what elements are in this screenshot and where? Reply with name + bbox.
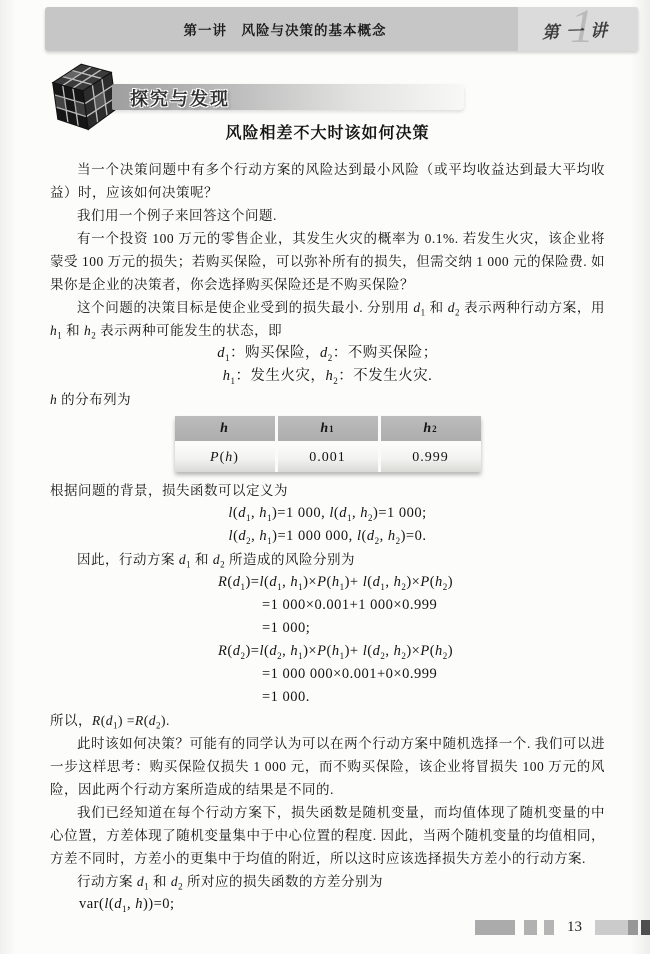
formula-line: R(d2)=l(d2, h1)×P(h1)+ l(d2, h2)×P(h2): [218, 640, 605, 663]
loss-function-intro: 根据问题的背景，损失函数可以定义为: [50, 479, 605, 502]
table-cell: 0.999: [378, 443, 481, 472]
chapter-tab-label: 第一讲: [518, 7, 638, 51]
paragraph: 此时该如何决策？可能有的同学认为可以在两个行动方案中随机选择一个. 我们可以进一…: [50, 732, 605, 801]
risk-formula-block: R(d1)=l(d1, h1)×P(h1)+ l(d1, h2)×P(h2) =…: [218, 571, 605, 709]
formula-line: =1 000×0.001+1 000×0.999: [218, 594, 605, 617]
table-header-row: h h1 h2: [175, 416, 481, 443]
formula-line: =1 000 000×0.001+0×0.999: [218, 663, 605, 686]
table-row: P(h) 0.001 0.999: [175, 443, 481, 472]
page-footer: 13: [475, 919, 650, 935]
variance-formula: var(l(d1, h))=0;: [50, 893, 605, 916]
risk-intro: 因此，行动方案 d1 和 d2 所造成的风险分别为: [50, 548, 605, 571]
paragraph: 我们用一个例子来回答这个问题.: [50, 204, 605, 227]
distribution-table: h h1 h2 P(h) 0.001 0.999: [175, 416, 481, 472]
table-header-cell: h1: [275, 416, 378, 441]
definition-line-h: h1：发生火灾，h2：不发生火灾.: [50, 365, 605, 388]
footer-decoration-square: [524, 920, 537, 935]
paragraph: 行动方案 d1 和 d2 所对应的损失函数的方差分别为: [50, 870, 605, 893]
table-header-cell: h2: [378, 416, 481, 441]
article-body: 风险相差不大时该如何决策 当一个决策问题中有多个行动方案的风险达到最小风险（或平…: [50, 118, 605, 916]
footer-decoration-square: [641, 920, 650, 935]
paragraph: 当一个决策问题中有多个行动方案的风险达到最小风险（或平均收益达到最大平均收益）时…: [50, 158, 605, 204]
chapter-title: 第一讲 风险与决策的基本概念: [45, 7, 525, 51]
footer-decoration-square: [628, 920, 638, 935]
page-header: 第一讲 风险与决策的基本概念 1 第一讲: [45, 7, 638, 51]
page-number: 13: [567, 920, 582, 935]
loss-formula-2: l(d2, h1)=1 000 000, l(d2, h2)=0.: [50, 525, 605, 548]
table-header-cell: h: [175, 416, 275, 441]
article-title: 风险相差不大时该如何决策: [50, 122, 605, 146]
chapter-tab: 1 第一讲: [518, 7, 638, 51]
paragraph: 我们已经知道在每个行动方案下，损失函数是随机变量，而均值体现了随机变量的中心位置…: [50, 801, 605, 870]
footer-decoration-bar: [595, 920, 628, 935]
footer-decoration-bar: [475, 920, 515, 935]
textbook-page: 第一讲 风险与决策的基本概念 1 第一讲: [0, 0, 650, 954]
paragraph: 这个问题的决策目标是使企业受到的损失最小. 分别用 d1 和 d2 表示两种行动…: [50, 296, 605, 342]
formula-line: =1 000.: [218, 686, 605, 709]
section-banner: 探究与发现: [112, 84, 464, 110]
formula-line: =1 000;: [218, 617, 605, 640]
paragraph: 有一个投资 100 万元的零售企业，其发生火灾的概率为 0.1%. 若发生火灾，…: [50, 227, 605, 296]
formula-line: R(d1)=l(d1, h1)×P(h1)+ l(d1, h2)×P(h2): [218, 571, 605, 594]
loss-formula-1: l(d1, h1)=1 000, l(d1, h2)=1 000;: [50, 502, 605, 525]
table-cell: 0.001: [275, 443, 378, 472]
footer-decoration-square: [544, 920, 554, 935]
section-banner-label: 探究与发现: [130, 85, 230, 111]
table-cell: P(h): [175, 443, 275, 472]
definition-line-d: d1：购买保险，d2：不购买保险；: [50, 342, 605, 365]
conclusion-line: 所以，R(d1) =R(d2).: [50, 709, 605, 732]
distribution-intro: h 的分布列为: [50, 388, 605, 411]
